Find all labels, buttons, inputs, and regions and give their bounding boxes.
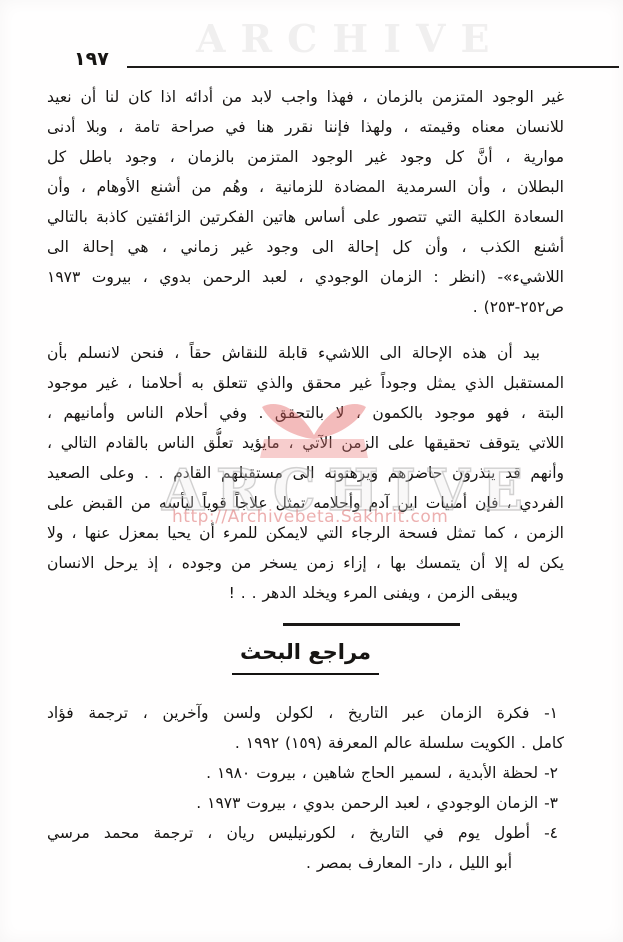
references-heading-wrap: مراجع البحث bbox=[47, 640, 564, 675]
paragraph-2: بيد أن هذه الإحالة الى اللاشيء قابلة للن… bbox=[47, 338, 564, 608]
paragraph-1: غير الوجود المتزمن بالزمان ، فهذا واجب ل… bbox=[47, 82, 564, 322]
reference-item-4: ٤- أطول يوم في التاريخ ، لكورنيليس ريان … bbox=[47, 818, 564, 848]
reference-item-1-cont: كامل . الكويت سلسلة عالم المعرفة (١٥٩) ١… bbox=[47, 728, 564, 758]
text-line: أشنع الكذب ، وأن كل إحالة الى وجود غير ز… bbox=[47, 232, 564, 262]
text-line: للانسان معناه وقيمته ، ولهذا فإننا نقرر … bbox=[47, 112, 564, 142]
text-line: وأنهم قد ينذرون حاضرهم ويرهنونه الى مستق… bbox=[47, 458, 564, 488]
text-line: موارية ، أنَّ كل وجود غير الوجود المتزمن… bbox=[47, 142, 564, 172]
page-number: ١٩٧ bbox=[74, 48, 109, 70]
text-line: الزمن ، كما تمثل فسحة الرجاء التي لايمكن… bbox=[47, 518, 564, 548]
references-list: ١- فكرة الزمان عبر التاريخ ، لكولن ولسن … bbox=[47, 698, 564, 878]
text-line: ص٢٥٢-٢٥٣) . bbox=[47, 292, 564, 322]
text-line: بيد أن هذه الإحالة الى اللاشيء قابلة للن… bbox=[47, 338, 564, 368]
text-line: اللاتي يتوقف تحقيقها على الزمن الآتي ، م… bbox=[47, 428, 564, 458]
text-line: غير الوجود المتزمن بالزمان ، فهذا واجب ل… bbox=[47, 82, 564, 112]
text-line: اللاشيء»- (انظر : الزمان الوجودي ، لعبد … bbox=[47, 262, 564, 292]
text-line: البطلان ، وأن السرمدية المضادة للزمانية … bbox=[47, 172, 564, 202]
text-line: السعادة الكلية التي تتصور على أساس هاتين… bbox=[47, 202, 564, 232]
scanned-book-page: ARCHIVE ١٩٧ غير الوجود المتزمن بالزمان ،… bbox=[0, 0, 623, 942]
text-line: يكن له إلا أن يتمسك بها ، إزاء زمن يسخر … bbox=[47, 548, 564, 578]
header-rule bbox=[127, 66, 619, 68]
text-line: ويبقى الزمن ، ويفنى المرء ويخلد الدهر . … bbox=[47, 578, 564, 608]
reference-item-1: ١- فكرة الزمان عبر التاريخ ، لكولن ولسن … bbox=[47, 698, 564, 728]
reference-item-4-cont: أبو الليل ، دار- المعارف بمصر . bbox=[47, 848, 564, 878]
archive-top-watermark: ARCHIVE bbox=[196, 16, 504, 61]
text-line: المستقبل الذي يمثل وجوداً غير محقق والذي… bbox=[47, 368, 564, 398]
references-heading: مراجع البحث bbox=[232, 640, 379, 675]
reference-item-2: ٢- لحظة الأبدية ، لسمير الحاج شاهين ، بي… bbox=[47, 758, 564, 788]
section-divider-rule bbox=[283, 623, 460, 626]
reference-item-3: ٣- الزمان الوجودي ، لعبد الرحمن بدوي ، ب… bbox=[47, 788, 564, 818]
text-line: البتة ، فهو موجود بالكمون ، لا بالتحقق .… bbox=[47, 398, 564, 428]
text-line: الفردي ، فإن أمنيات ابن آدم وأحلامه تمثل… bbox=[47, 488, 564, 518]
